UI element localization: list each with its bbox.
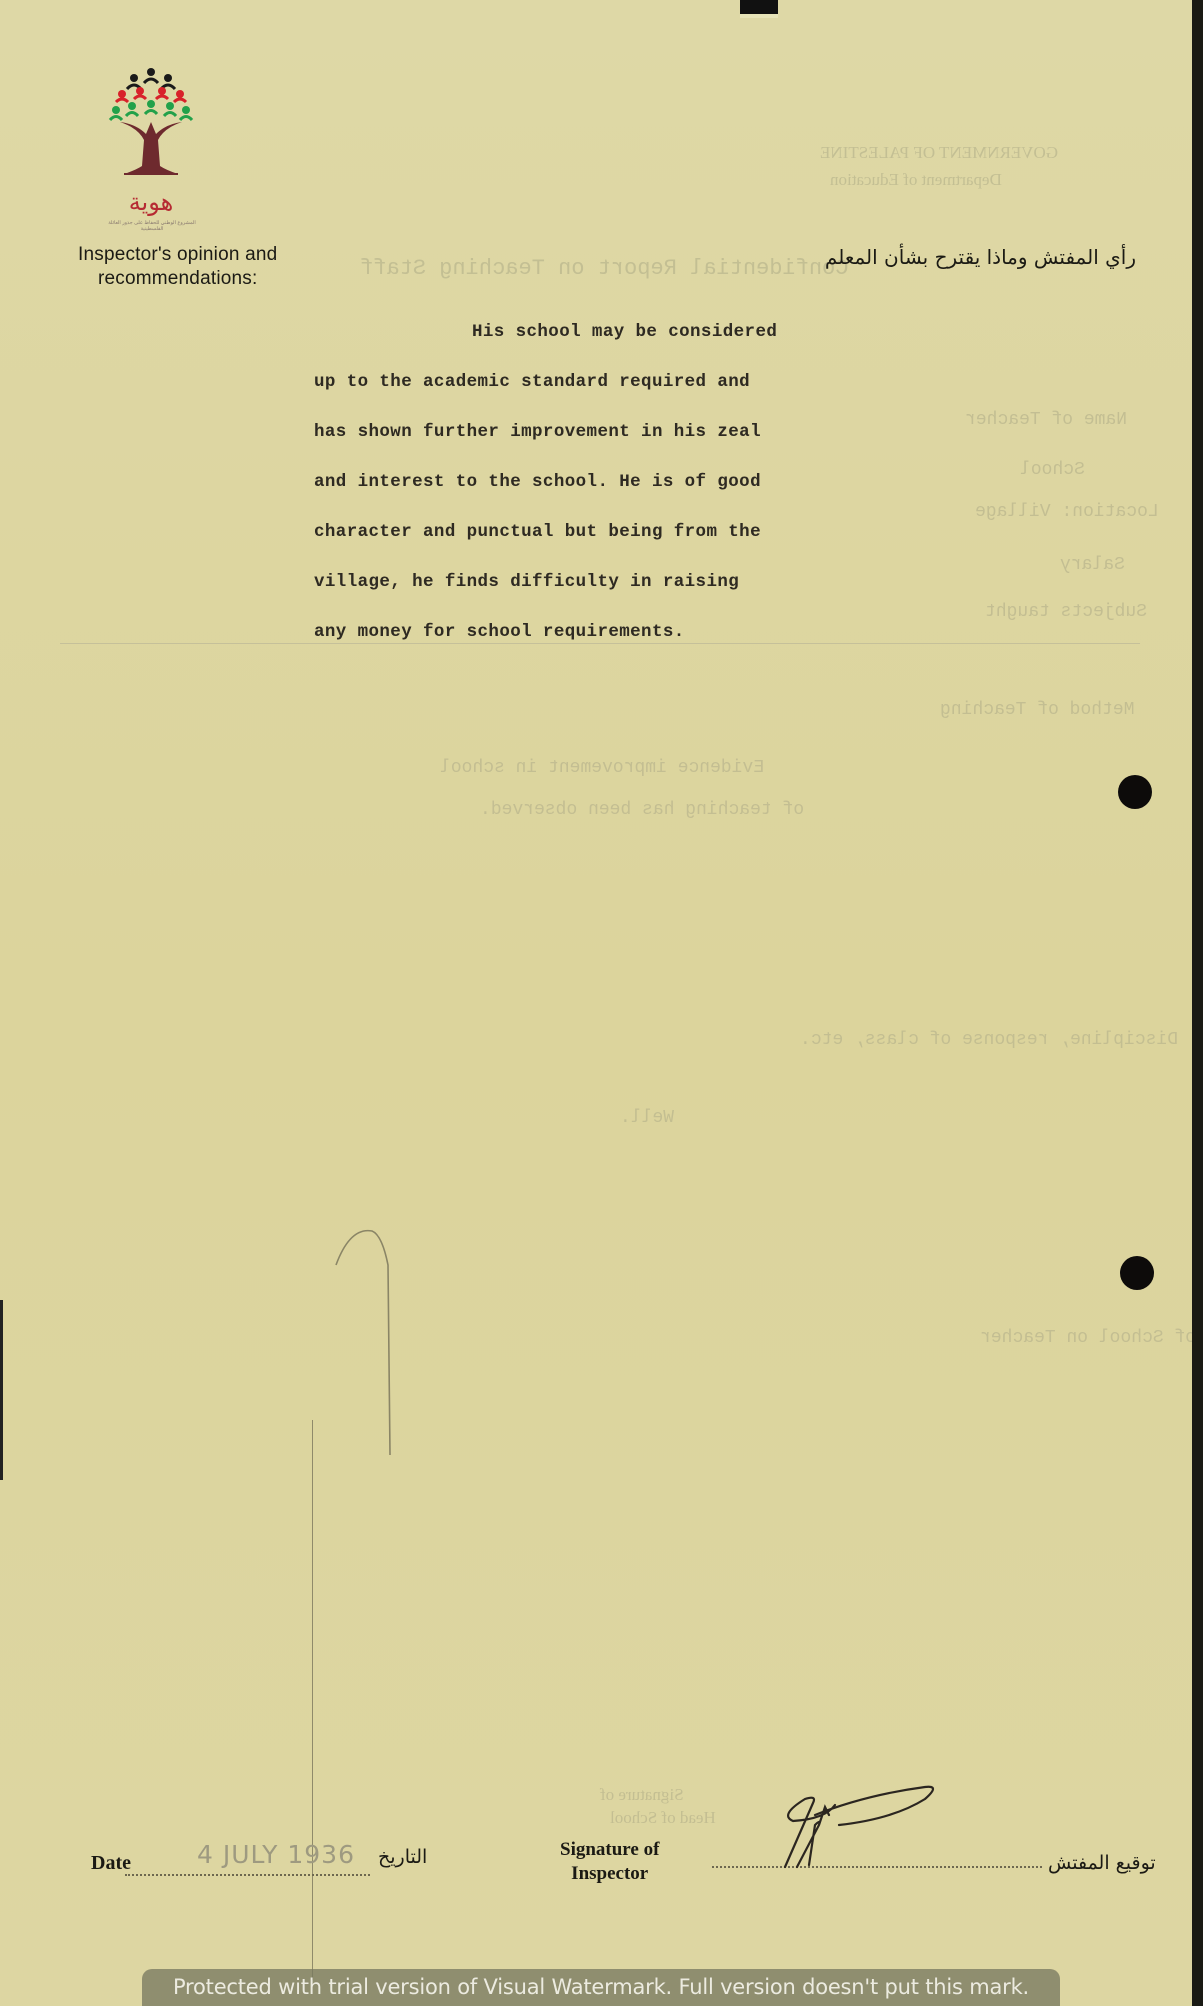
bleed-through-text: GOVERNMENT OF PALESTINE <box>820 143 1058 163</box>
typed-line: has shown further improvement in his zea… <box>314 415 954 465</box>
bleed-through-typed: of teaching has been observed. <box>480 800 804 820</box>
typed-line: any money for school requirements. <box>314 615 954 665</box>
typed-line: His school may be considered <box>314 315 954 365</box>
typed-line: village, he finds difficulty in raising <box>314 565 954 615</box>
date-stamp: 4 JULY 1936 <box>197 1840 355 1869</box>
document-page: هوية المشروع الوطني للحفاظ على جذور العا… <box>0 0 1192 2006</box>
bleed-through-footer: Signature of <box>600 1785 684 1805</box>
scan-edge <box>1192 0 1203 2006</box>
bleed-through-typed: Evidence improvement in school <box>440 758 764 778</box>
date-field-line <box>125 1874 370 1876</box>
logo-tagline: المشروع الوطني للحفاظ على جذور العائلة ا… <box>104 220 200 232</box>
punch-hole <box>1118 775 1152 809</box>
inspector-opinion-label-arabic: رأي المفتش وماذا يقترح بشأن المعلم <box>825 245 1136 269</box>
date-label: Date <box>91 1852 131 1875</box>
paper-clip <box>740 0 778 18</box>
punch-hole <box>1120 1256 1154 1290</box>
bleed-through-text: Department of Education <box>830 170 1002 190</box>
hawiya-logo-icon: هوية <box>108 66 194 240</box>
bleed-through-title: Confidential Report on Teaching Staff <box>360 256 848 281</box>
typed-line: character and punctual but being from th… <box>314 515 954 565</box>
signature-label: Signature of Inspector <box>560 1838 659 1886</box>
trial-watermark: Protected with trial version of Visual W… <box>142 1969 1060 2006</box>
bleed-through-field: Subjects taught <box>985 602 1147 622</box>
svg-text:هوية: هوية <box>129 188 174 216</box>
typed-recommendation: His school may be considered up to the a… <box>314 315 954 665</box>
bleed-through-field: Opinion of Head of School on Teacher <box>980 1328 1203 1348</box>
bleed-through-footer: Head of School <box>610 1808 716 1828</box>
bleed-through-field: Name of Teacher <box>965 410 1127 430</box>
scan-edge <box>0 1300 3 1480</box>
fold-line <box>312 1420 313 1980</box>
typed-line: and interest to the school. He is of goo… <box>314 465 954 515</box>
signature-label-arabic: توقيع المفتش <box>1048 1852 1156 1874</box>
bleed-through-field: Salary <box>1060 555 1125 575</box>
inspector-signature <box>775 1785 945 1875</box>
bleed-through-typed: Well. <box>620 1108 674 1128</box>
bleed-through-field: Location: Village <box>975 502 1159 522</box>
pencil-mark <box>330 1225 400 1465</box>
inspector-opinion-label: Inspector's opinion and recommendations: <box>78 243 277 291</box>
date-label-arabic: التاريخ <box>378 1846 427 1868</box>
typed-line: up to the academic standard required and <box>314 365 954 415</box>
bleed-through-field: Method of Teaching <box>940 700 1134 720</box>
bleed-through-field: Discipline, response of class, etc. <box>800 1030 1178 1050</box>
bleed-through-field: School <box>1020 460 1085 480</box>
